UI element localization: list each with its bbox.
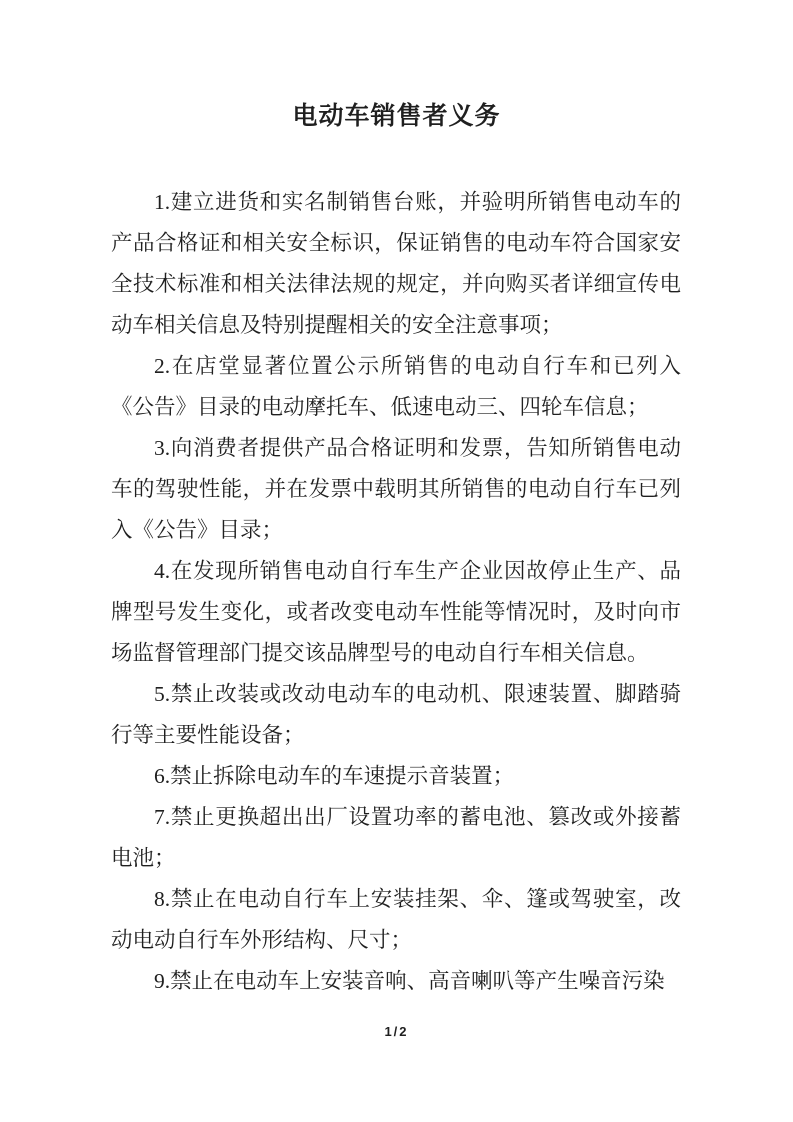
- document-body: 1.建立进货和实名制销售台账，并验明所销售电动车的产品合格证和相关安全标识，保证…: [111, 182, 681, 1002]
- paragraph-8: 8.禁止在电动自行车上安装挂架、伞、篷或驾驶室，改动电动自行车外形结构、尺寸；: [111, 879, 681, 961]
- paragraph-1: 1.建立进货和实名制销售台账，并验明所销售电动车的产品合格证和相关安全标识，保证…: [111, 182, 681, 346]
- paragraph-7: 7.禁止更换超出出厂设置功率的蓄电池、篡改或外接蓄电池；: [111, 797, 681, 879]
- paragraph-3: 3.向消费者提供产品合格证明和发票，告知所销售电动车的驾驶性能，并在发票中载明其…: [111, 428, 681, 551]
- paragraph-4: 4.在发现所销售电动自行车生产企业因故停止生产、品牌型号发生变化，或者改变电动车…: [111, 551, 681, 674]
- paragraph-6: 6.禁止拆除电动车的车速提示音装置；: [111, 756, 681, 797]
- page-number: 1/2: [0, 1024, 793, 1039]
- paragraph-2: 2.在店堂显著位置公示所销售的电动自行车和已列入《公告》目录的电动摩托车、低速电…: [111, 346, 681, 428]
- document-page: 电动车销售者义务 1.建立进货和实名制销售台账，并验明所销售电动车的产品合格证和…: [0, 0, 793, 1122]
- paragraph-9: 9.禁止在电动车上安装音响、高音喇叭等产生噪音污染: [111, 961, 681, 1002]
- paragraph-5: 5.禁止改装或改动电动车的电动机、限速装置、脚踏骑行等主要性能设备；: [111, 674, 681, 756]
- document-title: 电动车销售者义务: [0, 100, 793, 134]
